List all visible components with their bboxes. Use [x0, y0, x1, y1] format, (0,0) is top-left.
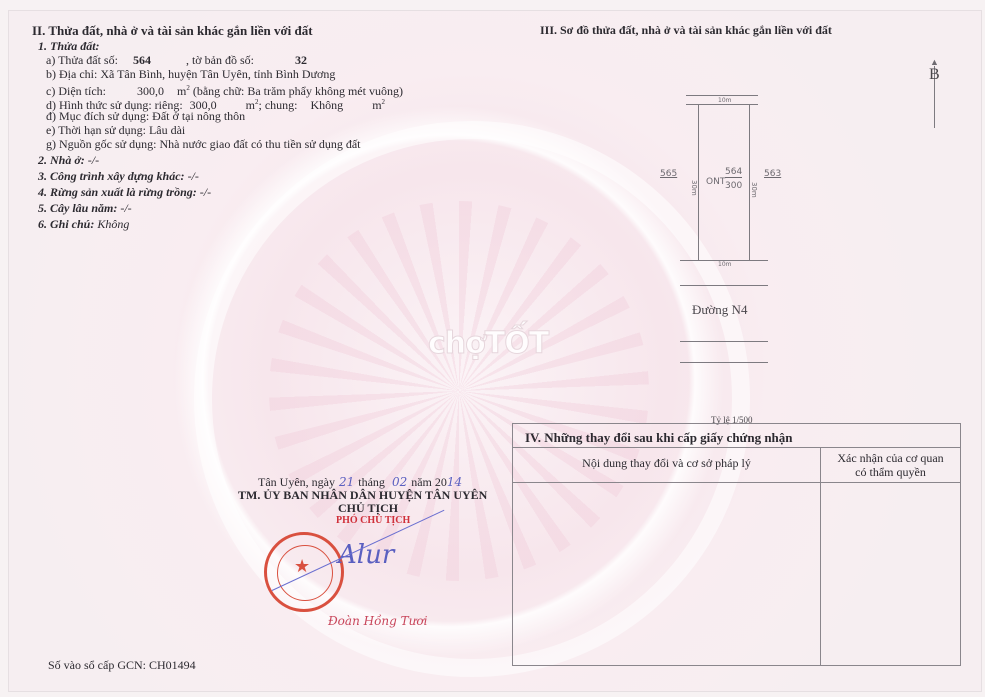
signer-title-primary: CHỦ TỊCH — [338, 501, 398, 516]
watermark-logo: chợTỐT — [428, 326, 548, 361]
address-row: b) Địa chỉ: Xã Tân Bình, huyện Tân Uyên,… — [46, 67, 335, 81]
signer-name: Đoàn Hồng Tươi — [328, 614, 427, 628]
house-row: 2. Nhà ở: -/- — [38, 153, 99, 167]
section-iv-title: IV. Những thay đổi sau khi cấp giấy chứn… — [513, 424, 960, 448]
map-sheet-value: 32 — [295, 53, 307, 67]
map-sheet-label: , tờ bản đồ số: — [186, 53, 254, 67]
purpose-row: đ) Mục đích sử dụng: Đất ở tại nông thôn — [46, 109, 245, 123]
origin-row: g) Nguồn gốc sử dụng: Nhà nước giao đất … — [46, 137, 360, 151]
land-number-row: a) Thửa đất số: 564 , tờ bản đồ số: 32 — [46, 53, 307, 67]
section-ii-title: II. Thửa đất, nhà ở và tài sản khác gắn … — [32, 23, 313, 39]
plot-right-length: 30m — [750, 182, 758, 198]
plot-top-width: 10m — [718, 97, 731, 104]
shared-label: ; chung: — [259, 98, 298, 112]
road-line — [680, 341, 768, 342]
other-works-row: 3. Công trình xây dựng khác: -/- — [38, 169, 199, 183]
col-changes-header: Nội dung thay đổi và cơ sở pháp lý — [513, 448, 820, 482]
table-column-divider — [820, 482, 821, 665]
road-line — [680, 362, 768, 363]
col-confirm-header: Xác nhận của cơ quan có thẩm quyền — [820, 448, 960, 482]
plot-bottom-width: 10m — [718, 261, 731, 268]
term-row: e) Thời hạn sử dụng: Lâu dài — [46, 123, 185, 137]
date-day: 21 — [339, 475, 354, 489]
note-row: 6. Ghi chú: Không — [38, 217, 129, 231]
land-number-value: 564 — [133, 53, 151, 67]
registry-number: Số vào sổ cấp GCN: CH01494 — [48, 658, 196, 672]
neighbor-left: 565 — [660, 169, 677, 179]
plot-area: 300 — [725, 181, 742, 191]
place-date: Tân Uyên, ngày21tháng 02năm 2014 — [258, 475, 462, 489]
north-label: B — [929, 66, 940, 84]
date-year: 14 — [447, 475, 462, 489]
table-header-row: Nội dung thay đổi và cơ sở pháp lý Xác n… — [513, 448, 960, 483]
date-month: 02 — [392, 475, 407, 489]
land-heading: 1. Thửa đất: — [38, 39, 100, 54]
plot-left-length: 30m — [690, 180, 698, 196]
changes-table: IV. Những thay đổi sau khi cấp giấy chứn… — [512, 423, 961, 666]
land-number-label: a) Thửa đất số: — [46, 53, 118, 67]
forest-row: 4. Rừng sản xuất là rừng trồng: -/- — [38, 185, 211, 199]
plot-land-type: ONT — [706, 177, 725, 187]
signer-title-secondary: PHÓ CHỦ TỊCH — [336, 515, 410, 526]
perennial-row: 5. Cây lâu năm: -/- — [38, 201, 132, 215]
section-iii-title: III. Sơ đồ thửa đất, nhà ở và tài sản kh… — [540, 23, 832, 38]
road-label: Đường N4 — [692, 302, 747, 318]
shared-area-value: Không — [311, 98, 344, 112]
plot-parcel-number: 564 — [725, 167, 742, 178]
neighbor-right: 563 — [764, 169, 781, 179]
